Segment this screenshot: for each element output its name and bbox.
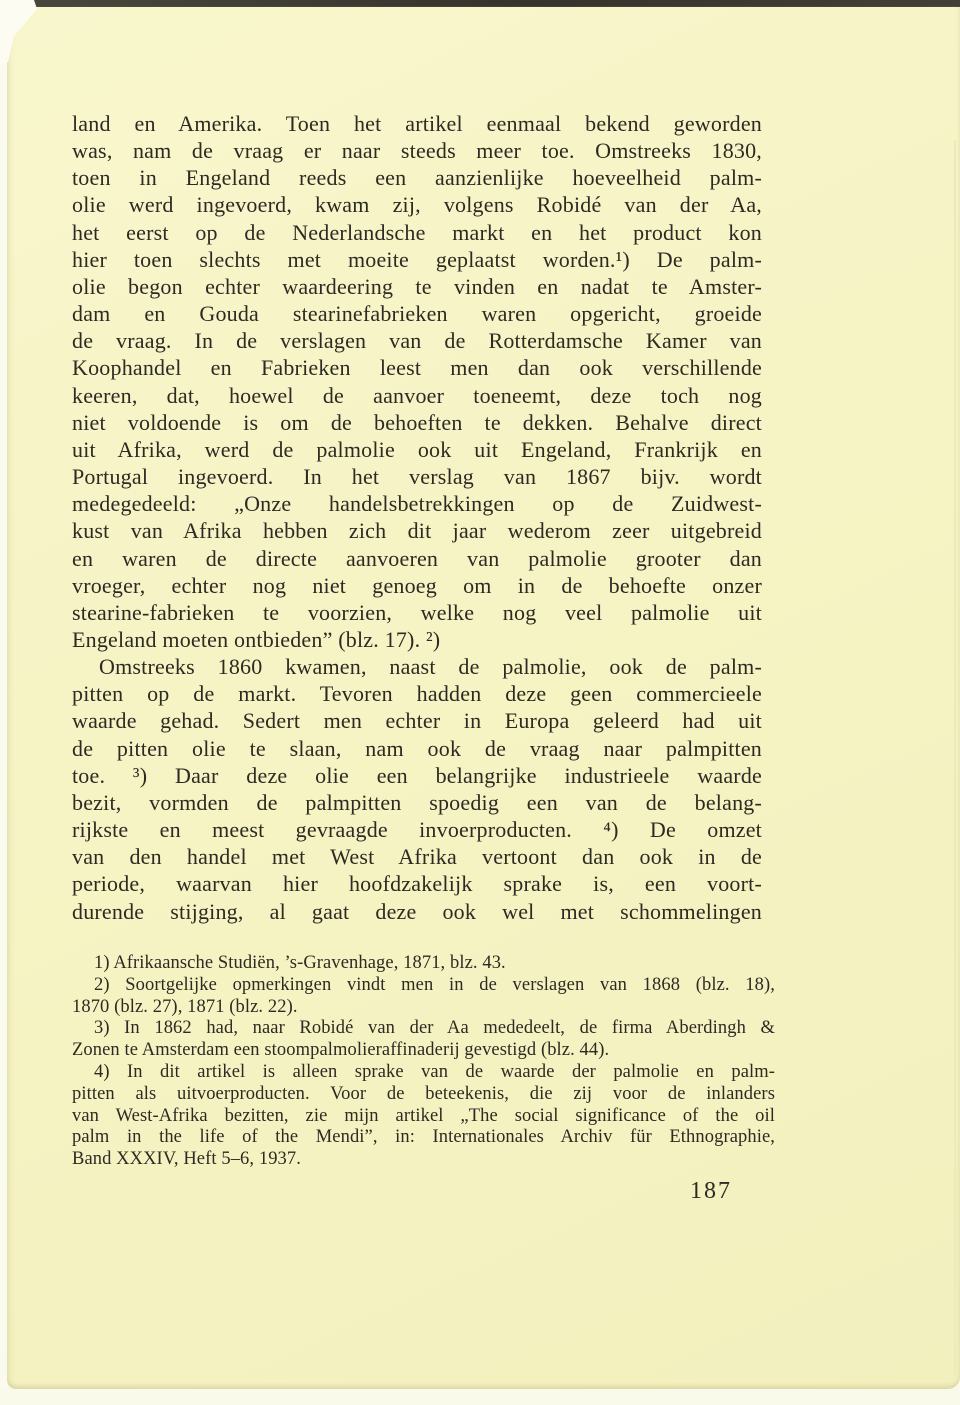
- text-line: Portugal ingevoerd. In het verslag van 1…: [72, 463, 762, 490]
- text-line: bezit, vormden de palmpitten spoedig een…: [72, 789, 762, 816]
- text-line: was, nam de vraag er naar steeds meer to…: [72, 137, 762, 164]
- text-line: periode, waarvan hier hoofdzakelijk spra…: [72, 870, 762, 897]
- footnote-line: Band XXXIV, Heft 5–6, 1937.: [72, 1149, 775, 1171]
- footnote-line: Zonen te Amsterdam een stoompalmolieraff…: [72, 1040, 775, 1062]
- footnote-line: 3) In 1862 had, naar Robidé van der Aa m…: [72, 1018, 775, 1040]
- text-line: uit Afrika, werd de palmolie ook uit Eng…: [72, 436, 762, 463]
- text-line: vroeger, echter nog niet genoeg om in de…: [72, 572, 762, 599]
- text-line: olie werd ingevoerd, kwam zij, volgens R…: [72, 191, 762, 218]
- text-line: de pitten olie te slaan, nam ook de vraa…: [72, 735, 762, 762]
- footnote-line: 1870 (blz. 27), 1871 (blz. 22).: [72, 997, 775, 1019]
- text-line: en waren de directe aanvoeren van palmol…: [72, 545, 762, 572]
- scan-top-edge: [0, 0, 960, 7]
- text-line: hier toen slechts met moeite geplaatst w…: [72, 246, 762, 273]
- text-line: toe. ³) Daar deze olie een belangrijke i…: [72, 762, 762, 789]
- footnote-line: 1) Afrikaansche Studiën, ’s-Gravenhage, …: [72, 953, 775, 975]
- text-line: van den handel met West Afrika vertoont …: [72, 843, 762, 870]
- body-text: land en Amerika. Toen het artikel eenmaa…: [72, 110, 762, 925]
- page-edge-crease: [954, 140, 956, 1375]
- footnote-line: 4) In dit artikel is alleen sprake van d…: [72, 1062, 775, 1084]
- text-line: waarde gehad. Sedert men echter in Europ…: [72, 707, 762, 734]
- text-line: Engeland moeten ontbieden” (blz. 17). ²): [72, 626, 762, 653]
- text-line: kust van Afrika hebben zich dit jaar wed…: [72, 517, 762, 544]
- text-line: land en Amerika. Toen het artikel eenmaa…: [72, 110, 762, 137]
- page-number: 187: [72, 1178, 732, 1205]
- text-line: Koophandel en Fabrieken leest men dan oo…: [72, 354, 762, 381]
- text-line: toen in Engeland reeds een aanzienlijke …: [72, 164, 762, 191]
- text-line: het eerst op de Nederlandsche markt en h…: [72, 219, 762, 246]
- text-line: durende stijging, al gaat deze ook wel m…: [72, 898, 762, 925]
- footnote-line: 2) Soortgelijke opmerkingen vindt men in…: [72, 975, 775, 997]
- text-line: olie begon echter waardeering te vinden …: [72, 273, 762, 300]
- footnote-line: palm in the life of the Mendi”, in: Inte…: [72, 1127, 775, 1149]
- text-line: keeren, dat, hoewel de aanvoer toeneemt,…: [72, 382, 762, 409]
- text-line: rijkste en meest gevraagde invoerproduct…: [72, 816, 762, 843]
- text-line: de vraag. In de verslagen van de Rotterd…: [72, 327, 762, 354]
- text-line-paragraph-start: Omstreeks 1860 kwamen, naast de palmolie…: [72, 653, 762, 680]
- text-line: medegedeeld: „Onze handelsbetrekkingen o…: [72, 490, 762, 517]
- footnotes-block: 1) Afrikaansche Studiën, ’s-Gravenhage, …: [72, 953, 775, 1171]
- text-line: stearine-fabrieken te voorzien, welke no…: [72, 599, 762, 626]
- footnote-line: pitten als uitvoerproducten. Voor de bet…: [72, 1084, 775, 1106]
- scanned-book-page: land en Amerika. Toen het artikel eenmaa…: [0, 0, 960, 1405]
- text-line: niet voldoende is om de behoeften te dek…: [72, 409, 762, 436]
- text-line: dam en Gouda stearinefabrieken waren opg…: [72, 300, 762, 327]
- footnote-line: van West-Afrika bezitten, zie mijn artik…: [72, 1106, 775, 1128]
- text-line: pitten op de markt. Tevoren hadden deze …: [72, 680, 762, 707]
- scan-bottom-edge: [0, 1389, 960, 1405]
